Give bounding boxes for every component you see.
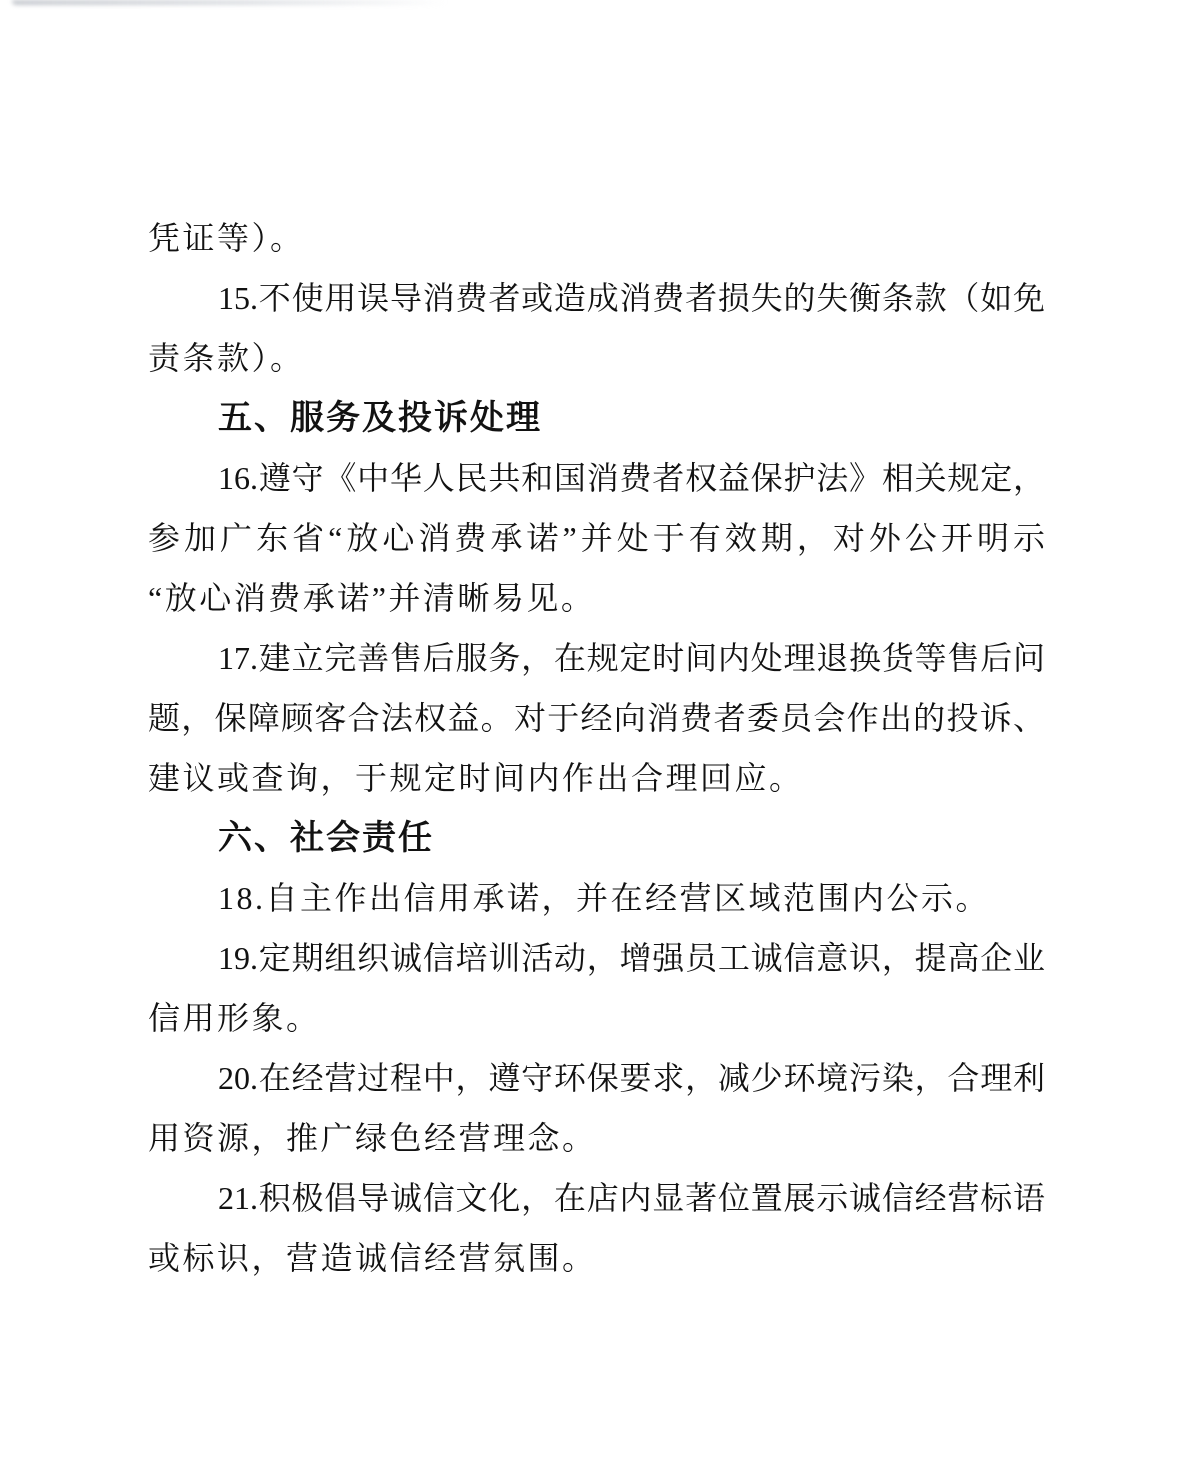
document-page: 凭证等）。 15.不使用误导消费者或造成消费者损失的失衡条款（如免 责条款）。 …	[0, 0, 1188, 1466]
section-heading: 六、社会责任	[148, 808, 1045, 868]
text-line: 16.遵守《中华人民共和国消费者权益保护法》相关规定，	[148, 448, 1045, 508]
text-line: “放心消费承诺”并清晰易见。	[148, 568, 1045, 628]
text-line: 凭证等）。	[148, 208, 1045, 268]
document-text-block: 凭证等）。 15.不使用误导消费者或造成消费者损失的失衡条款（如免 责条款）。 …	[148, 208, 1045, 1288]
text-line: 或标识，营造诚信经营氛围。	[148, 1228, 1045, 1288]
text-line: 建议或查询，于规定时间内作出合理回应。	[148, 748, 1045, 808]
text-line: 20.在经营过程中，遵守环保要求，减少环境污染，合理利	[148, 1048, 1045, 1108]
text-line: 用资源，推广绿色经营理念。	[148, 1108, 1045, 1168]
text-line: 信用形象。	[148, 988, 1045, 1048]
text-line: 21.积极倡导诚信文化，在店内显著位置展示诚信经营标语	[148, 1168, 1045, 1228]
text-line: 19.定期组织诚信培训活动，增强员工诚信意识，提高企业	[148, 928, 1045, 988]
section-heading: 五、服务及投诉处理	[148, 388, 1045, 448]
text-line: 题，保障顾客合法权益。对于经向消费者委员会作出的投诉、	[148, 688, 1045, 748]
text-line: 责条款）。	[148, 328, 1045, 388]
text-line: 18.自主作出信用承诺，并在经营区域范围内公示。	[148, 868, 1045, 928]
window-edge-artifact	[12, 0, 447, 5]
text-line: 参加广东省“放心消费承诺”并处于有效期，对外公开明示	[148, 508, 1045, 568]
text-line: 17.建立完善售后服务，在规定时间内处理退换货等售后问	[148, 628, 1045, 688]
text-line: 15.不使用误导消费者或造成消费者损失的失衡条款（如免	[148, 268, 1045, 328]
